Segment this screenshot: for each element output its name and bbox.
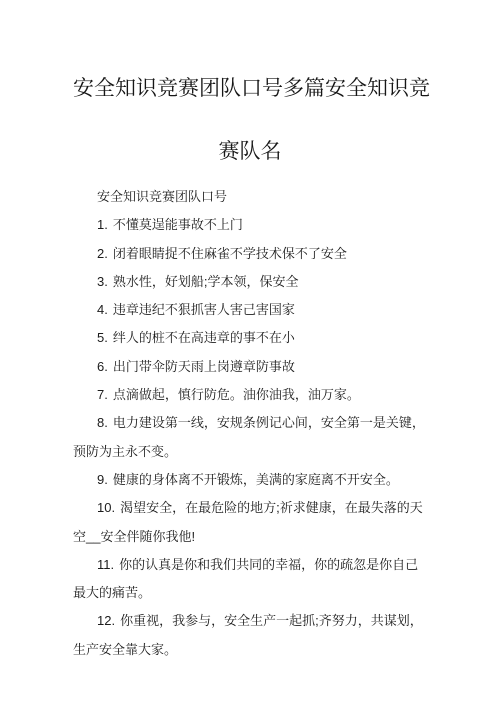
slogan-list: 安全知识竞赛团队口号 1.不懂莫逞能事故不上门 2.闭着眼睛捉不住麻雀不学技术保… [73, 183, 427, 664]
title-line-1: 安全知识竞赛团队口号多篇安全知识竞 [73, 57, 427, 120]
slogan-item: 12.你重视，我参与，安全生产一起抓;齐努力，共谋划，生产安全靠大家。 [73, 607, 427, 664]
title-line-2: 赛队名 [73, 120, 427, 183]
slogan-text: 渴望安全，在最危险的地方;祈求健康，在最失落的天空__安全伴随你我他! [73, 500, 423, 543]
slogan-number: 1. [97, 217, 113, 232]
slogan-number: 9. [97, 472, 113, 487]
slogan-item: 5.绊人的桩不在高违章的事不在小 [73, 324, 427, 352]
slogan-text: 健康的身体离不开锻炼，美满的家庭离不开安全。 [113, 472, 399, 487]
slogan-text: 不懂莫逞能事故不上门 [113, 217, 243, 232]
slogan-item: 10.渴望安全，在最危险的地方;祈求健康，在最失落的天空__安全伴随你我他! [73, 494, 427, 551]
slogan-text: 你的认真是你和我们共同的幸福，你的疏忽是你自己最大的痛苦。 [73, 557, 418, 600]
document-page: 安全知识竞赛团队口号多篇安全知识竞 赛队名 安全知识竞赛团队口号 1.不懂莫逞能… [0, 0, 500, 708]
slogan-number: 5. [97, 330, 113, 345]
slogan-text: 电力建设第一线，安规条例记心间，安全第一是关键，预防为主永不变。 [73, 415, 425, 458]
slogan-item: 1.不懂莫逞能事故不上门 [73, 211, 427, 239]
slogan-item: 8.电力建设第一线，安规条例记心间，安全第一是关键，预防为主永不变。 [73, 409, 427, 466]
slogan-item: 3.熟水性，好划船;学本领，保安全 [73, 268, 427, 296]
slogan-number: 11. [97, 557, 119, 572]
slogan-number: 6. [97, 359, 113, 374]
slogan-text: 你重视，我参与，安全生产一起抓;齐努力，共谋划，生产安全靠大家。 [73, 613, 423, 656]
slogan-text: 出门带伞防天雨上岗遵章防事故 [113, 359, 295, 374]
slogan-text: 点滴做起，慎行防危。油你油我，油万家。 [113, 387, 360, 402]
slogan-text: 绊人的桩不在高违章的事不在小 [113, 330, 295, 345]
slogan-number: 4. [97, 302, 113, 317]
slogan-number: 8. [97, 415, 113, 430]
slogan-text: 闭着眼睛捉不住麻雀不学技术保不了安全 [113, 246, 347, 261]
slogan-item: 9.健康的身体离不开锻炼，美满的家庭离不开安全。 [73, 466, 427, 494]
slogan-item: 11.你的认真是你和我们共同的幸福，你的疏忽是你自己最大的痛苦。 [73, 551, 427, 608]
slogan-number: 7. [97, 387, 113, 402]
slogan-number: 3. [97, 274, 113, 289]
slogan-text: 熟水性，好划船;学本领，保安全 [113, 274, 299, 289]
document-title: 安全知识竞赛团队口号多篇安全知识竞 赛队名 [73, 57, 427, 183]
slogan-item: 7.点滴做起，慎行防危。油你油我，油万家。 [73, 381, 427, 409]
slogan-item: 6.出门带伞防天雨上岗遵章防事故 [73, 353, 427, 381]
slogan-number: 12. [97, 613, 120, 628]
slogan-item: 4.违章违纪不狠抓害人害己害国家 [73, 296, 427, 324]
section-heading: 安全知识竞赛团队口号 [73, 183, 427, 211]
document-content: 安全知识竞赛团队口号多篇安全知识竞 赛队名 安全知识竞赛团队口号 1.不懂莫逞能… [73, 57, 427, 664]
slogan-text: 违章违纪不狠抓害人害己害国家 [113, 302, 295, 317]
slogan-number: 10. [97, 500, 120, 515]
slogan-item: 2.闭着眼睛捉不住麻雀不学技术保不了安全 [73, 240, 427, 268]
slogan-number: 2. [97, 246, 113, 261]
